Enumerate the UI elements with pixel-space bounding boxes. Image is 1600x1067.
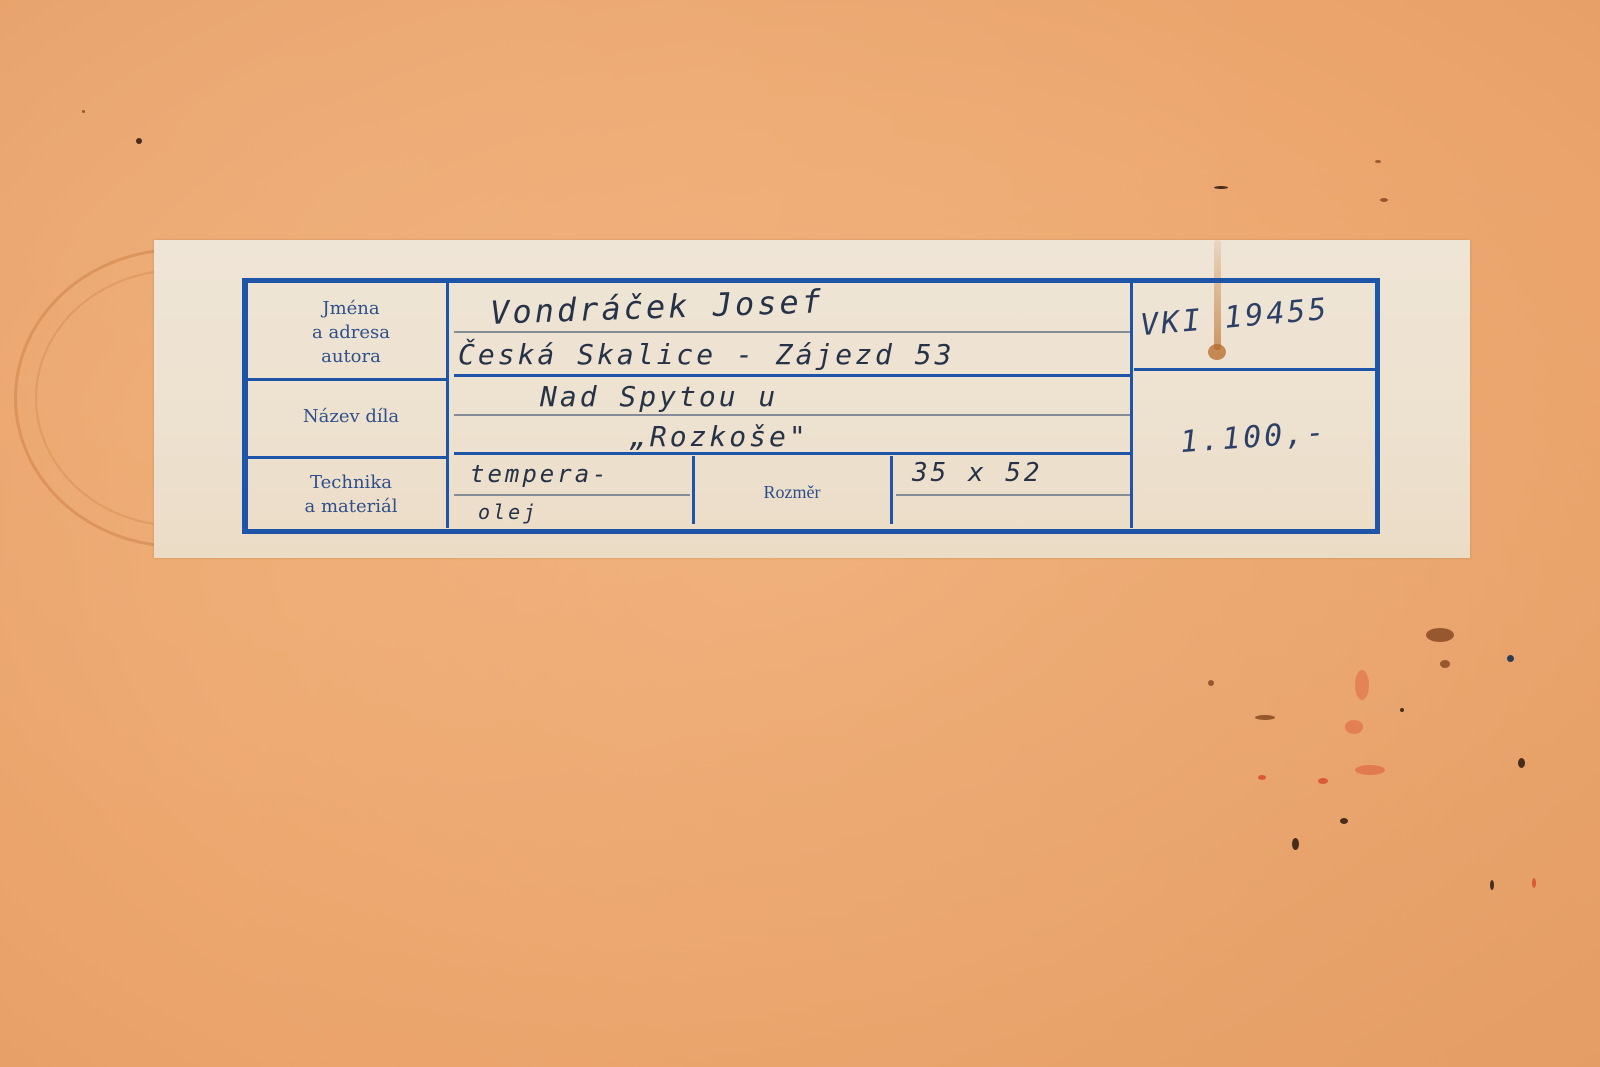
field-label-size: Rozměr bbox=[696, 480, 888, 504]
speck bbox=[1380, 198, 1388, 202]
field-label-title: Název díla bbox=[256, 405, 446, 429]
divider-field-labels bbox=[446, 282, 449, 528]
technique-line-2: olej bbox=[478, 500, 538, 524]
writing-line bbox=[454, 494, 690, 496]
speck bbox=[1258, 775, 1266, 780]
speck bbox=[1318, 778, 1328, 784]
speck bbox=[1532, 878, 1536, 888]
writing-line bbox=[454, 331, 1130, 333]
technique-line-1: tempera- bbox=[470, 460, 610, 488]
speck bbox=[1214, 186, 1228, 189]
speck bbox=[1490, 880, 1494, 890]
artwork-size: 35 x 52 bbox=[912, 458, 1043, 488]
writing-line bbox=[896, 494, 1130, 496]
artwork-title-line-1: Nad Spytou u bbox=[540, 380, 778, 413]
speck bbox=[1375, 160, 1381, 163]
divider-row-1-left bbox=[248, 378, 448, 381]
speck bbox=[1255, 715, 1275, 720]
artwork-title-line-2: „Rozkoše" bbox=[630, 420, 809, 453]
field-label-author: Jména a adresa autora bbox=[256, 297, 446, 369]
divider-row-1 bbox=[454, 374, 1130, 377]
divider-catalog bbox=[1134, 368, 1376, 371]
speck bbox=[1208, 680, 1214, 686]
speck bbox=[1507, 655, 1514, 662]
divider-technique bbox=[692, 456, 695, 524]
divider-right-column bbox=[1130, 282, 1133, 528]
speck bbox=[1355, 670, 1369, 700]
field-label-technique: Technika a materiál bbox=[256, 471, 446, 519]
divider-row-2-left bbox=[248, 456, 448, 459]
speck bbox=[1400, 708, 1404, 712]
author-address: Česká Skalice - Zájezd 53 bbox=[458, 338, 954, 371]
divider-size bbox=[890, 456, 893, 524]
speck bbox=[1345, 720, 1363, 734]
writing-line bbox=[454, 414, 1130, 416]
speck bbox=[136, 138, 142, 144]
speck bbox=[1292, 838, 1299, 850]
speck bbox=[82, 110, 85, 113]
speck bbox=[1518, 758, 1525, 768]
speck bbox=[1426, 628, 1454, 642]
speck bbox=[1340, 818, 1348, 824]
speck bbox=[1355, 765, 1385, 775]
speck bbox=[1440, 660, 1450, 668]
